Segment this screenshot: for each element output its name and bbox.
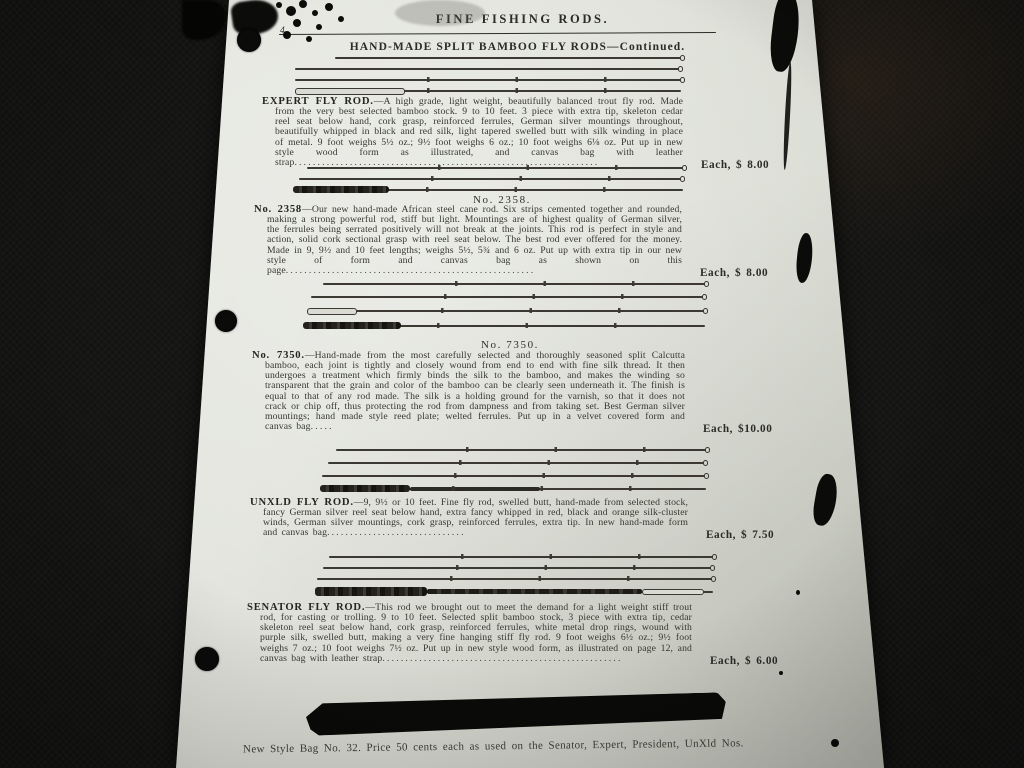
entry-paragraph: SENATOR FLY ROD.—This rod we brought out… [247, 603, 692, 664]
rod-line [336, 449, 706, 451]
entry-paragraph: EXPERT FLY ROD.—A high grade, light weig… [262, 97, 683, 168]
price-label: Each, $ 6.00 [710, 656, 778, 666]
entry-expert: EXPERT FLY ROD.—A high grade, light weig… [262, 97, 683, 168]
entry-unxld: UNXLD FLY ROD.—9, 9½ or 10 feet. Fine fl… [250, 498, 688, 539]
entry-2358: No. 2358—Our new hand-made African steel… [254, 205, 682, 276]
rod-illustration-2358 [293, 166, 683, 194]
entry-7350: No. 7350.—Hand-made from the most carefu… [252, 351, 685, 432]
entry-senator: SENATOR FLY ROD.—This rod we brought out… [247, 603, 692, 664]
rod-line [315, 591, 713, 593]
printed-content: FINE FISHING RODS. 4 HAND-MADE SPLIT BAM… [0, 0, 1024, 768]
rod-line [323, 283, 705, 285]
rod-line [295, 79, 681, 81]
rod-line [303, 325, 705, 327]
rod-line [293, 189, 683, 191]
ink-speckles-top-left [276, 2, 282, 8]
rod-butt-section [427, 589, 642, 594]
entry-paragraph: No. 2358—Our new hand-made African steel… [254, 205, 682, 276]
rod-handle [303, 322, 401, 329]
faint-smudge-top [395, 0, 485, 26]
price-label: Each, $ 8.00 [700, 268, 768, 278]
rod-line [322, 475, 705, 477]
rod-line [328, 462, 704, 464]
rod-line [335, 57, 681, 59]
ink-dot-3 [831, 739, 839, 747]
ink-dot-2 [779, 671, 783, 675]
rod-tip-case [642, 589, 704, 595]
rod-illustration-7350 [303, 282, 705, 328]
dotted-leader: ........................................… [382, 653, 622, 664]
entry-paragraph: No. 7350.—Hand-made from the most carefu… [252, 351, 685, 432]
catalog-page: FINE FISHING RODS. 4 HAND-MADE SPLIT BAM… [0, 0, 1024, 768]
rod-illustration-unxld [320, 448, 706, 491]
rod-line [317, 578, 712, 580]
rod-line [329, 556, 713, 558]
rod-line [323, 567, 711, 569]
header-rule [279, 32, 716, 35]
price-label: Each, $10.00 [703, 424, 772, 434]
punch-hole-bottom [195, 647, 219, 671]
rod-line [311, 296, 703, 298]
price-label: Each, $ 8.00 [701, 160, 769, 170]
rod-handle [315, 587, 427, 596]
rod-line [320, 488, 706, 490]
rod-handle [293, 186, 389, 193]
dotted-leader: .............................. [327, 527, 466, 538]
entry-paragraph: UNXLD FLY ROD.—9, 9½ or 10 feet. Fine fl… [250, 498, 688, 539]
rod-illustration-expert [295, 56, 681, 94]
rod-line [307, 167, 683, 169]
rod-line [307, 310, 704, 312]
rod-line [295, 68, 679, 70]
page-wrap: FINE FISHING RODS. 4 HAND-MADE SPLIT BAM… [0, 0, 1024, 768]
footer-note: New Style Bag No. 32. Price 50 cents eac… [243, 737, 803, 756]
photo-stage: FINE FISHING RODS. 4 HAND-MADE SPLIT BAM… [0, 0, 1024, 768]
rod-handle [295, 88, 405, 95]
punch-hole-middle [215, 310, 237, 332]
rod-butt-section [410, 487, 540, 491]
rod-handle [307, 308, 357, 315]
section-title: HAND-MADE SPLIT BAMBOO FLY RODS—Continue… [245, 41, 790, 53]
rod-line [295, 90, 681, 92]
dotted-leader: ..... [311, 421, 334, 432]
ink-dot-1 [796, 590, 800, 595]
rod-handle [320, 485, 410, 492]
running-title: FINE FISHING RODS. [245, 12, 800, 27]
entry-body: —Hand-made from the most carefully selec… [265, 350, 685, 432]
punch-hole-top [237, 28, 261, 52]
rod-illustration-senator [315, 555, 713, 595]
price-label: Each, $ 7.50 [706, 530, 774, 540]
rod-line [299, 178, 681, 180]
dotted-leader: ........................................… [286, 265, 536, 276]
